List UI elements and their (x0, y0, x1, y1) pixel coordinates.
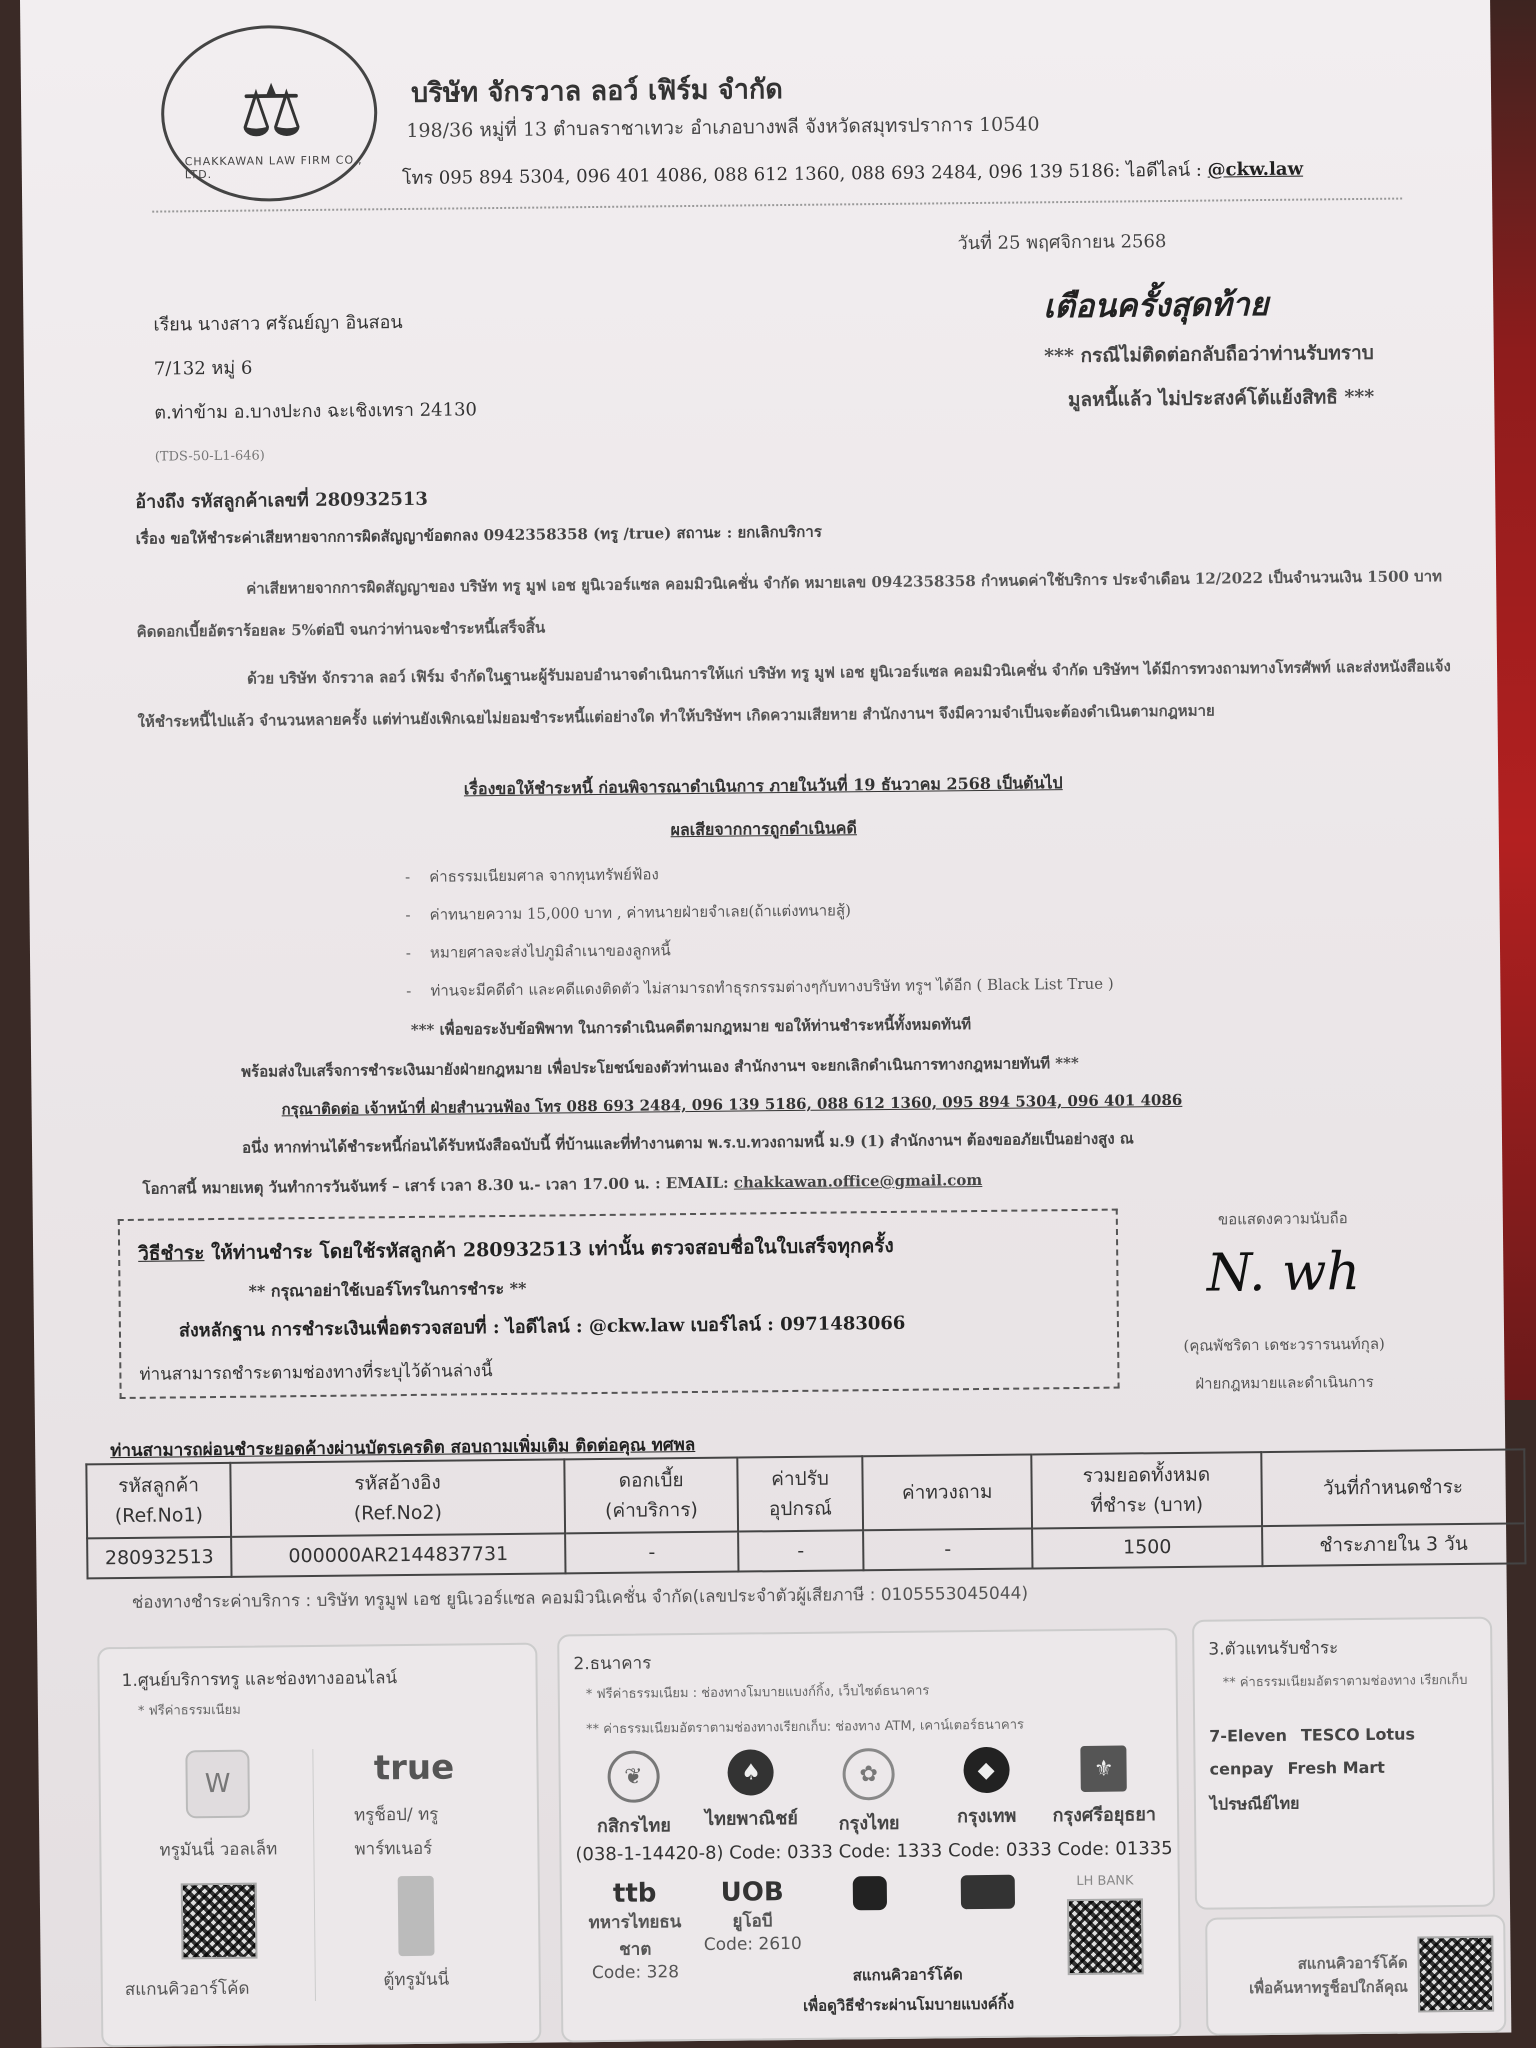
bank-fee-note: ** ค่าธรรมเนียมอัตราตามช่องทางเรียกเก็บ:… (586, 1712, 1162, 1739)
agent-logos: 7-Eleven TESCO Lotus cenpay Fresh Mart ไ… (1209, 1724, 1478, 1818)
col-total: รวมยอดทั้งหมด ที่ชำระ (บาท) (1032, 1452, 1262, 1528)
letter-subject: เรื่อง ขอให้ชำระค่าเสียหายจากการผิดสัญญา… (136, 520, 822, 551)
col-equipment-fine: ค่าปรับ อุปกรณ์ (738, 1456, 863, 1531)
bank-scb: ♠ไทยพาณิชย์ (692, 1749, 811, 1839)
scales-of-justice-icon: ⚖ (239, 68, 304, 153)
line-id-link[interactable]: @ckw.law (1208, 159, 1304, 181)
bank-lh: LH BANK (1046, 1873, 1165, 1975)
bank-name: กสิกรไทย (575, 1810, 693, 1840)
tesco-lotus-logo-icon: TESCO Lotus (1301, 1724, 1415, 1744)
channel3-title: 3.ตัวแทนรับชำระ (1208, 1633, 1476, 1663)
trueshop-qr-icon (1417, 1936, 1494, 2013)
cell-equipment-fine: - (738, 1530, 863, 1571)
krungsri-logo-icon: ⚜ (1081, 1746, 1127, 1792)
wallet-column: W ทรูมันนี่ วอลเล็ท สแกนคิวอาร์โค้ด (122, 1749, 316, 2003)
true-logo-icon: true (313, 1747, 514, 1789)
bangkok-bank-logo-icon: ◆ (963, 1747, 1009, 1793)
cell-ref-no2: 000000AR2144837731 (231, 1533, 565, 1576)
channel-agents: 3.ตัวแทนรับชำระ ** ค่าธรรมเนียมอัตราตามช… (1192, 1617, 1495, 1910)
bank-qr-label: สแกนคิวอาร์โค้ด (853, 1962, 963, 1987)
trueshop-column: true ทรูช็อป/ ทรูพาร์ทเนอร์ ตู้ทรูมันนี่ (313, 1747, 517, 2001)
signature-scribble: N. wh (1153, 1241, 1414, 1304)
email-link[interactable]: chakkawan.office@gmail.com (734, 1171, 983, 1192)
bank-uob: UOBยูโอบีCode: 2610 (693, 1877, 811, 1955)
lh-bank-logo-icon: LH BANK (1046, 1873, 1164, 1889)
channel-true-online: 1.ศูนย์บริการทรู และช่องทางออนไลน์ * ฟรี… (97, 1643, 541, 2048)
final-warning-title: เตือนครั้งสุดท้าย (1043, 279, 1269, 332)
bank-ttb: ttbทหารไทยธนชาตCode: 328 (576, 1878, 695, 1983)
payment-channels-heading: ช่องทางชำระค่าบริการ : บริษัท ทรูมูฟ เอช… (132, 1580, 1029, 1616)
paragraph-damages: ค่าเสียหายจากการผิดสัญญาของ บริษัท ทรู ม… (136, 555, 1467, 653)
bank-name: ทหารไทยธนชาต (576, 1908, 694, 1963)
thailand-post-logo-icon: ไปรษณีย์ไทย (1210, 1792, 1300, 1818)
bank-name: กรุงศรีอยุธยา (1045, 1799, 1163, 1829)
warning-line-1: *** กรณีไม่ติดต่อกลับถือว่าท่านรับทราบ (954, 331, 1374, 379)
bank-code: Code: 01335 (1057, 1838, 1172, 1860)
cell-collection-fee: - (863, 1528, 1033, 1570)
col-interest: ดอกเบี้ย (ค่าบริการ) (564, 1458, 738, 1534)
gsb-logo-icon (853, 1876, 887, 1910)
cell-ref-no1: 280932513 (87, 1537, 231, 1579)
paragraph-collection: ด้วย บริษัท จักรวาล ลอว์ เฟิร์ม จำกัดในฐ… (137, 645, 1468, 743)
recipient-address-1: 7/132 หมู่ 6 (154, 344, 477, 391)
bank-code: Code: 2610 (694, 1934, 812, 1955)
finder-qr-label: สแกนคิวอาร์โค้ด (1218, 1951, 1408, 1977)
logo-ring-text: CHAKKAWAN LAW FIRM CO., LTD. (185, 153, 375, 181)
truemoney-wallet-icon: W (185, 1750, 250, 1819)
company-phones: โทร 095 894 5304, 096 401 4086, 088 612 … (402, 154, 1303, 192)
customer-reference: อ้างถึง รหัสลูกค้าเลขที่ 280932513 (135, 484, 428, 516)
bank-code: Code: 328 (577, 1962, 695, 1983)
company-name: บริษัท จักรวาล ลอว์ เฟิร์ม จำกัด (411, 67, 783, 114)
krungthai-logo-icon: ✿ (842, 1748, 895, 1801)
recipient-address-2: ต.ท่าข้าม อ.บางปะกง ฉะเชิงเทรา 24130 (154, 388, 477, 435)
recipient-block: เรียน นางสาว ศรัณย์ญา อินสอน 7/132 หมู่ … (153, 300, 477, 479)
channel-banks: 2.ธนาคาร * ฟรีค่าธรรมเนียม : ช่องทางโมบา… (557, 1628, 1181, 2042)
trueshop-finder-text: สแกนคิวอาร์โค้ด เพื่อค้นหาทรูช็อปใกล้คุณ (1218, 1950, 1418, 2000)
scb-logo-icon: ♠ (728, 1749, 774, 1795)
letter-date: วันที่ 25 พฤศจิกายน 2568 (957, 226, 1166, 257)
bank-list: ❦กสิกรไทย ♠ไทยพาณิชย์ ✿กรุงไทย ◆กรุงเทพ … (574, 1745, 1163, 1840)
trueshop-label: ทรูช็อป/ ทรูพาร์ทเนอร์ (354, 1797, 465, 1866)
warning-subtext: *** กรณีไม่ติดต่อกลับถือว่าท่านรับทราบ ม… (954, 331, 1375, 423)
notice-receipt: พร้อมส่งใบเสร็จการชำระเงินมายังฝ่ายกฎหมา… (241, 1051, 1079, 1084)
letter-page: ⚖ CHAKKAWAN LAW FIRM CO., LTD. บริษัท จั… (20, 0, 1511, 2048)
bank-name: ไทยพาณิชย์ (693, 1803, 811, 1833)
bank-kasikorn: ❦กสิกรไทย (574, 1750, 693, 1840)
bank-krungsri: ⚜กรุงศรีอยุธยา (1045, 1745, 1164, 1835)
bank-codes: (038-1-14420-8) Code: 0333 Code: 1333 Co… (575, 1838, 1163, 1865)
uob-logo-icon: UOB (693, 1877, 811, 1908)
header-divider (152, 198, 1402, 213)
payment-reference-table: รหัสลูกค้า (Ref.No1) รหัสอ้างอิง (Ref.No… (85, 1448, 1526, 1579)
channel2-title: 2.ธนาคาร (573, 1644, 1161, 1677)
bank-gsb (811, 1876, 929, 1911)
consequence-item: ท่านจะมีคดีดำ และคดีแดงติดตัว ไม่สามารถท… (430, 965, 1114, 1010)
col-ref-no2: รหัสอ้างอิง (Ref.No2) (230, 1459, 565, 1536)
bank-name: ยูโอบี (694, 1907, 812, 1935)
bank-name: กรุงเทพ (928, 1800, 1046, 1830)
payment-method-label: วิธีชำระ (138, 1242, 204, 1265)
warning-line-2: มูลหนี้แล้ว ไม่ประสงค์โต้แย้งสิทธิ *** (954, 375, 1374, 423)
trueshop-finder: สแกนคิวอาร์โค้ด เพื่อค้นหาทรูช็อปใกล้คุณ (1205, 1915, 1506, 2036)
col-collection-fee: ค่าทวงถาม (862, 1454, 1032, 1530)
wallet-qr-code-icon (181, 1883, 258, 1960)
bank-free-fee-note: * ฟรีค่าธรรมเนียม : ช่องทางโมบายแบงก์กิ้… (586, 1677, 1162, 1704)
send-proof-line: ส่งหลักฐาน การชำระเงินเพื่อตรวจสอบที่ : … (179, 1306, 1099, 1345)
col-due-date: วันที่กำหนดชำระ (1261, 1449, 1525, 1526)
bank-code: (038-1-14420-8) (575, 1843, 723, 1866)
bank-code: Code: 1333 (839, 1840, 943, 1862)
cell-total: 1500 (1032, 1526, 1262, 1568)
signatory-name: (คุณพัชริดา เดชะวรารนนท์กุล) (1154, 1331, 1414, 1358)
phones-text: โทร 095 894 5304, 096 401 4086, 088 612 … (402, 160, 1202, 189)
kiosk-label: ตู้ทรูมันนี่ (316, 1965, 517, 1994)
payment-deadline: เรื่องขอให้ชำระหนี้ ก่อนพิจารณาดำเนินการ… (28, 767, 1498, 807)
recipient-code: (TDS-50-L1-646) (155, 432, 478, 479)
bank-code: Code: 0333 (948, 1839, 1052, 1861)
no-phone-number-note: ** กรุณาอย่าใช้เบอร์โทรในการชำระ ** (248, 1271, 1098, 1305)
signature-block: ขอแสดงความนับถือ N. wh (คุณพัชริดา เดชะว… (1153, 1205, 1415, 1396)
cell-interest: - (565, 1532, 739, 1574)
agent-fee-note: ** ค่าธรรมเนียมอัตราตามช่องทาง เรียกเก็บ (1223, 1666, 1477, 1699)
channel1-note: * ฟรีค่าธรรมเนียม (138, 1696, 514, 1721)
seven-eleven-logo-icon: 7-Eleven (1209, 1726, 1287, 1746)
consequences-title: ผลเสียจากการถูกดำเนินคดี (29, 810, 1499, 850)
freshmart-logo-icon: Fresh Mart (1287, 1758, 1385, 1778)
baac-logo-icon (960, 1875, 1014, 1910)
bank-krungthai: ✿กรุงไทย (810, 1748, 929, 1838)
channels-below-note: ท่านสามารถชำระตามช่องทางที่ระบุไว้ด้านล่… (139, 1351, 1099, 1388)
regards-text: ขอแสดงความนับถือ (1153, 1205, 1413, 1232)
contact-phones: กรุณาติดต่อ เจ้าหน้าที่ ฝ่ายสำนวนฟ้อง โท… (282, 1088, 1183, 1121)
notice-apology: อนึ่ง หากท่านได้ชำระหนี้ก่อนได้รับหนังสื… (242, 1126, 1134, 1159)
notice-hours: โอกาสนี้ หมายเหตุ วันทำการวันจันทร์ – เส… (142, 1168, 982, 1201)
wallet-qr-label: สแกนคิวอาร์โค้ด (125, 1974, 315, 2003)
recipient-name: เรียน นางสาว ศรัณย์ญา อินสอน (153, 300, 476, 347)
cell-due-date: ชำระภายใน 3 วัน (1262, 1523, 1526, 1566)
law-firm-logo: ⚖ CHAKKAWAN LAW FIRM CO., LTD. (160, 24, 378, 202)
office-hours-text: โอกาสนี้ หมายเหตุ วันทำการวันจันทร์ – เส… (142, 1174, 728, 1198)
bank-baac (928, 1874, 1046, 1909)
payment-instructions-box: วิธีชำระ ให้ท่านชำระ โดยใช้รหัสลูกค้า 28… (118, 1209, 1120, 1399)
payment-method-line: วิธีชำระ ให้ท่านชำระ โดยใช้รหัสลูกค้า 28… (138, 1229, 1098, 1269)
kasikorn-logo-icon: ❦ (607, 1750, 660, 1803)
cenpay-logo-icon: cenpay (1209, 1759, 1273, 1779)
company-address: 198/36 หมู่ที่ 13 ตำบลราชาเทวะ อำเภอบางพ… (406, 109, 1039, 146)
notice-dispute: *** เพื่อขอระงับข้อพิพาท ในการดำเนินคดีต… (411, 1012, 972, 1042)
finder-qr-sublabel: เพื่อค้นหาทรูช็อปใกล้คุณ (1218, 1975, 1408, 2001)
ttb-logo-icon: ttb (576, 1878, 694, 1909)
bank-bangkok: ◆กรุงเทพ (927, 1746, 1046, 1836)
payment-method-text: ให้ท่านชำระ โดยใช้รหัสลูกค้า 280932513 เ… (211, 1235, 894, 1264)
bank-code: Code: 0333 (729, 1842, 833, 1864)
consequences-list: ค่าธรรมเนียมศาล จากทุนทรัพย์ฟ้อง ค่าทนาย… (429, 851, 1114, 1010)
signatory-department: ฝ่ายกฎหมายและดำเนินการ (1154, 1369, 1414, 1396)
kiosk-icon (397, 1876, 434, 1956)
bank-name: กรุงไทย (810, 1808, 928, 1838)
bank-qr-sublabel: เพื่อดูวิธีชำระผ่านโมบายแบงค์กิ้ง (803, 1992, 1014, 2018)
channel1-title: 1.ศูนย์บริการทรู และช่องทางออนไลน์ (121, 1663, 513, 1694)
wallet-label: ทรูมันนี่ วอลเล็ท (123, 1835, 313, 1864)
col-ref-no1: รหัสลูกค้า (Ref.No1) (86, 1463, 231, 1539)
mobile-banking-qr-icon (1067, 1898, 1144, 1975)
